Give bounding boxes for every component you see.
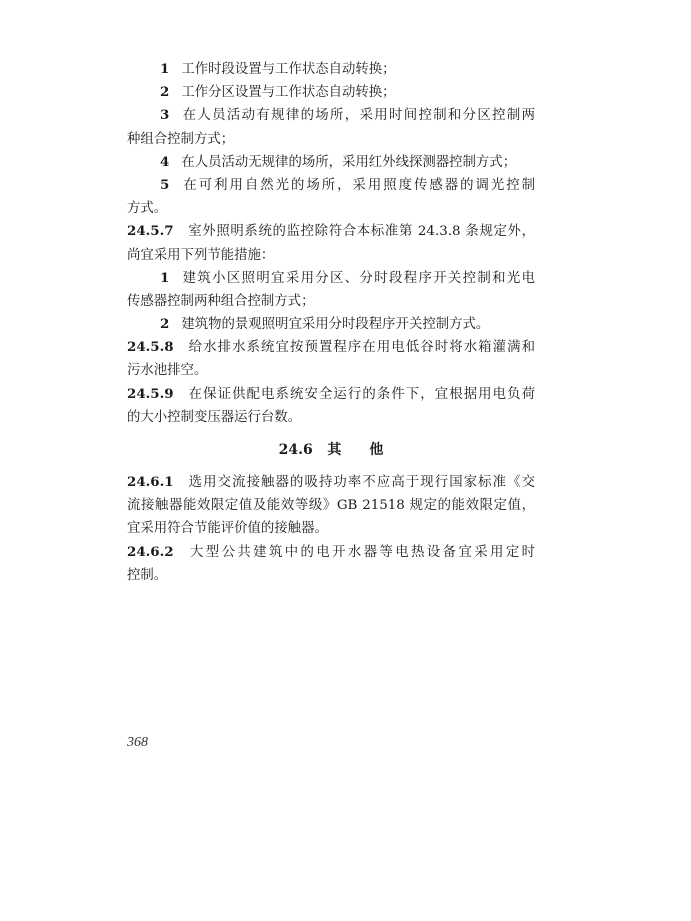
clause: 24.5.9在保证供配电系统安全运行的条件下，宜根据用电负荷	[127, 383, 535, 406]
item-number: 2	[160, 84, 169, 100]
list-item: 3在人员活动有规律的场所，采用时间控制和分区控制两	[127, 104, 535, 127]
clause-text-continued: 尚宜采用下列节能措施：	[127, 244, 535, 267]
item-text: 在人员活动有规律的场所，采用时间控制和分区控制两	[181, 108, 535, 123]
item-number: 2	[160, 316, 169, 332]
clause-number: 24.5.9	[127, 386, 174, 402]
clause-text-continued: 宜采用符合节能评价值的接触器。	[127, 517, 535, 540]
clause-text: 大型公共建筑中的电开水器等电热设备宜采用定时	[188, 545, 535, 560]
clause-number: 24.5.8	[127, 339, 174, 355]
clause-text: 室外照明系统的监控除符合本标准第 24.3.8 条规定外，	[188, 224, 535, 239]
item-number: 4	[160, 154, 169, 170]
list-item: 2建筑物的景观照明宜采用分时段程序开关控制方式。	[127, 313, 535, 336]
item-text: 建筑小区照明宜采用分区、分时段程序开关控制和光电	[181, 271, 535, 286]
clause: 24.6.2大型公共建筑中的电开水器等电热设备宜采用定时	[127, 541, 535, 564]
list-item: 5在可利用自然光的场所，采用照度传感器的调光控制	[127, 174, 535, 197]
clause-text-continued: 污水池排空。	[127, 359, 535, 382]
clause-text: 选用交流接触器的吸持功率不应高于现行国家标准《交	[188, 475, 535, 490]
clause-text-continued: 的大小控制变压器运行台数。	[127, 406, 535, 429]
clause-text-continued: 控制。	[127, 564, 535, 587]
item-text-continued: 种组合控制方式；	[127, 128, 535, 151]
clause-text-continued: 流接触器能效限定值及能效等级》GB 21518 规定的能效限定值，	[127, 494, 535, 517]
page-number: 368	[127, 735, 148, 751]
item-text: 工作分区设置与工作状态自动转换；	[181, 85, 395, 100]
item-number: 1	[160, 270, 169, 286]
item-number: 3	[160, 107, 169, 123]
item-number: 1	[160, 61, 169, 77]
section-title-part: 他	[369, 442, 383, 458]
clause-number: 24.6.2	[127, 544, 174, 560]
clause: 24.5.7室外照明系统的监控除符合本标准第 24.3.8 条规定外，	[127, 220, 535, 243]
document-page: 1工作时段设置与工作状态自动转换； 2工作分区设置与工作状态自动转换； 3在人员…	[127, 58, 535, 587]
list-item: 1工作时段设置与工作状态自动转换；	[127, 58, 535, 81]
list-item: 4在人员活动无规律的场所，采用红外线探测器控制方式；	[127, 151, 535, 174]
item-text: 在可利用自然光的场所，采用照度传感器的调光控制	[181, 178, 535, 193]
item-text: 在人员活动无规律的场所，采用红外线探测器控制方式；	[181, 155, 516, 170]
clause-number: 24.6.1	[127, 474, 174, 490]
item-text: 建筑物的景观照明宜采用分时段程序开关控制方式。	[181, 317, 489, 332]
list-item: 1建筑小区照明宜采用分区、分时段程序开关控制和光电	[127, 267, 535, 290]
clause: 24.5.8给水排水系统宜按预置程序在用电低谷时将水箱灌满和	[127, 336, 535, 359]
clause-text: 给水排水系统宜按预置程序在用电低谷时将水箱灌满和	[188, 340, 535, 355]
section-number: 24.6	[279, 442, 313, 458]
clause: 24.6.1选用交流接触器的吸持功率不应高于现行国家标准《交	[127, 471, 535, 494]
item-text-continued: 方式。	[127, 197, 535, 220]
clause-text: 在保证供配电系统安全运行的条件下，宜根据用电负荷	[188, 387, 535, 402]
item-text: 工作时段设置与工作状态自动转换；	[181, 62, 395, 77]
section-title-part: 其	[327, 442, 341, 458]
section-heading: 24.6 其他	[127, 438, 535, 462]
list-item: 2工作分区设置与工作状态自动转换；	[127, 81, 535, 104]
item-number: 5	[160, 177, 169, 193]
clause-number: 24.5.7	[127, 223, 174, 239]
item-text-continued: 传感器控制两种组合控制方式；	[127, 290, 535, 313]
